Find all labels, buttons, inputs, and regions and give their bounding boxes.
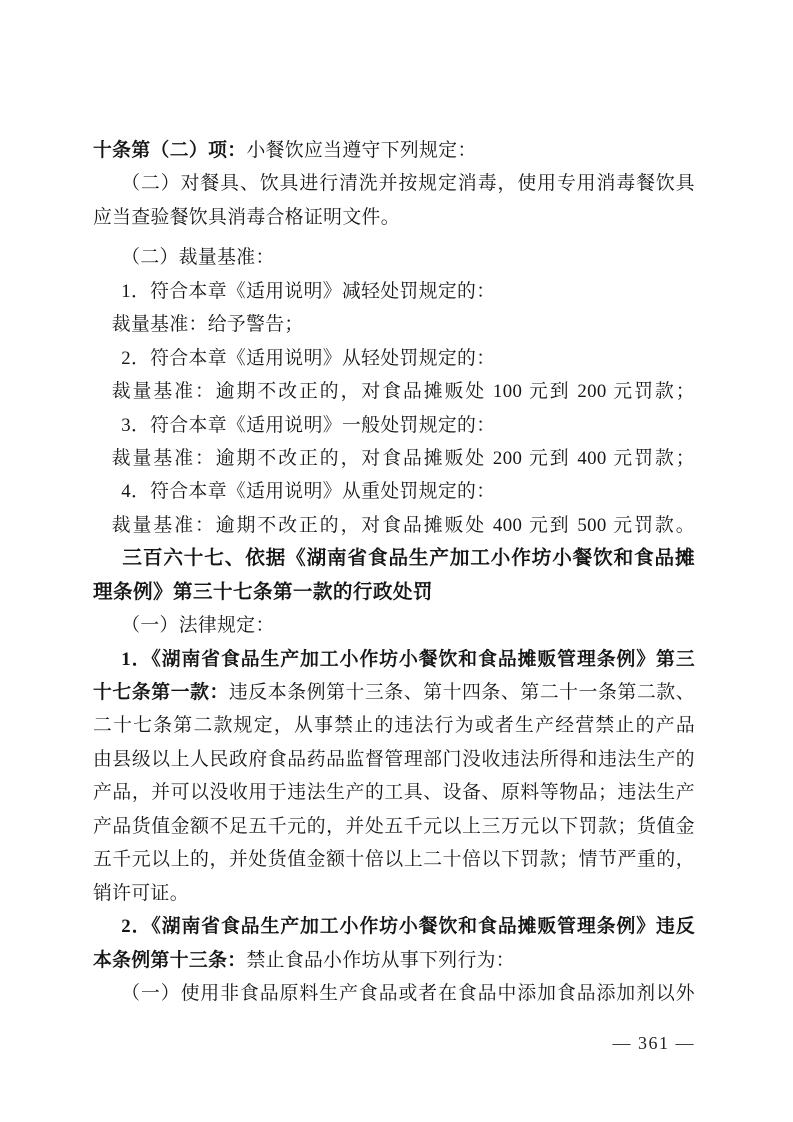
text-line: 五千元以上的，并处货值金额十倍以上二十倍以下罚款；情节严重的，吊 [93,843,695,876]
text-line: 1．符合本章《适用说明》减轻处罚规定的： [93,275,695,308]
text-line: 三百六十七、依据《湖南省食品生产加工小作坊小餐饮和食品摊贩管 [93,542,695,575]
text-line: （二）对餐具、饮具进行清洗并按规定消毒，使用专用消毒餐饮具的 [93,167,695,200]
document-page: 十条第（二）项：小餐饮应当遵守下列规定：（二）对餐具、饮具进行清洗并按规定消毒，… [0,0,793,1122]
text-run: 裁量基准：逾期不改正的，对食品摊贩处 100 元到 200 元罚款； [112,381,695,402]
text-run: 本条例第十三条： [93,950,246,971]
text-line: 二十七条第二款规定，从事禁止的违法行为或者生产经营禁止的产品的， [93,709,695,742]
text-line: 十条第（二）项：小餐饮应当遵守下列规定： [93,134,695,167]
text-run: 产品货值金额不足五千元的，并处五千元以上三万元以下罚款；货值金额 [93,816,695,843]
text-line: 应当查验餐饮具消毒合格证明文件。 [93,201,695,234]
text-run: 1．符合本章《适用说明》减轻处罚规定的： [121,281,495,302]
text-run: 2．符合本章《适用说明》从轻处罚规定的： [121,348,495,369]
text-line: （二）裁量基准： [93,241,695,274]
text-run: （二）对餐具、饮具进行清洗并按规定消毒，使用专用消毒餐饮具的 [93,173,695,200]
text-line: 裁量基准：逾期不改正的，对食品摊贩处 400 元到 500 元罚款。 [93,509,695,542]
text-line: 十七条第一款：违反本条例第十三条、第十四条、第二十一条第二款、第 [93,676,695,709]
text-run: 裁量基准：给予警告； [112,314,304,335]
text-run: 4．符合本章《适用说明》从重处罚规定的： [121,481,495,502]
text-line: 1．《湖南省食品生产加工小作坊小餐饮和食品摊贩管理条例》第三 [93,643,695,676]
text-line: 裁量基准：给予警告； [93,308,695,341]
text-run: 五千元以上的，并处货值金额十倍以上二十倍以下罚款；情节严重的，吊 [93,849,695,876]
text-line: （一）使用非食品原料生产食品或者在食品中添加食品添加剂以外的 [93,977,695,1010]
text-line: 销许可证。 [93,877,695,910]
text-run: （一）使用非食品原料生产食品或者在食品中添加食品添加剂以外的 [93,983,695,1010]
text-run: 理条例》第三十七条第一款的行政处罚 [93,581,433,603]
text-line: 4．符合本章《适用说明》从重处罚规定的： [93,475,695,508]
text-run: 应当查验餐饮具消毒合格证明文件。 [93,207,400,228]
text-run: 1．《湖南省食品生产加工小作坊小餐饮和食品摊贩管理条例》第三 [121,649,695,670]
text-run: 裁量基准：逾期不改正的，对食品摊贩处 200 元到 400 元罚款； [112,448,695,469]
text-line: 3．符合本章《适用说明》一般处罚规定的： [93,409,695,442]
text-line: 裁量基准：逾期不改正的，对食品摊贩处 100 元到 200 元罚款； [93,375,695,408]
text-line: 产品货值金额不足五千元的，并处五千元以上三万元以下罚款；货值金额 [93,810,695,843]
text-run: 销许可证。 [93,883,189,904]
text-line: 产品，并可以没收用于违法生产的工具、设备、原料等物品；违法生产的 [93,776,695,809]
text-line: 本条例第十三条：禁止食品小作坊从事下列行为： [93,944,695,977]
text-line: 裁量基准：逾期不改正的，对食品摊贩处 200 元到 400 元罚款； [93,442,695,475]
text-run: 2．《湖南省食品生产加工小作坊小餐饮和食品摊贩管理条例》违反 [121,916,695,937]
text-line: 理条例》第三十七条第一款的行政处罚 [93,576,695,609]
page-number: — 361 — [93,1031,695,1055]
text-run: 二十七条第二款规定，从事禁止的违法行为或者生产经营禁止的产品的， [93,715,695,742]
text-run: （一）法律规定： [121,615,274,636]
page-number-text: — 361 — [613,1033,696,1053]
text-run: 由县级以上人民政府食品药品监督管理部门没收违法所得和违法生产的 [93,749,695,770]
text-line: 2．符合本章《适用说明》从轻处罚规定的： [93,342,695,375]
text-run: 十七条第一款： [93,682,229,703]
text-run: 小餐饮应当遵守下列规定： [246,140,476,161]
text-run: 十条第（二）项： [93,140,246,161]
text-run: 3．符合本章《适用说明》一般处罚规定的： [121,415,495,436]
text-line: （一）法律规定： [93,609,695,642]
text-line: 2．《湖南省食品生产加工小作坊小餐饮和食品摊贩管理条例》违反 [93,910,695,943]
text-run: 禁止食品小作坊从事下列行为： [246,950,515,971]
text-run: 三百六十七、依据《湖南省食品生产加工小作坊小餐饮和食品摊贩管 [93,547,695,575]
document-body: 十条第（二）项：小餐饮应当遵守下列规定：（二）对餐具、饮具进行清洗并按规定消毒，… [93,134,695,1010]
text-line: 由县级以上人民政府食品药品监督管理部门没收违法所得和违法生产的 [93,743,695,776]
text-run: 产品，并可以没收用于违法生产的工具、设备、原料等物品；违法生产的 [93,782,695,809]
text-run: 裁量基准：逾期不改正的，对食品摊贩处 400 元到 500 元罚款。 [112,515,695,536]
text-run: （二）裁量基准： [121,247,274,268]
